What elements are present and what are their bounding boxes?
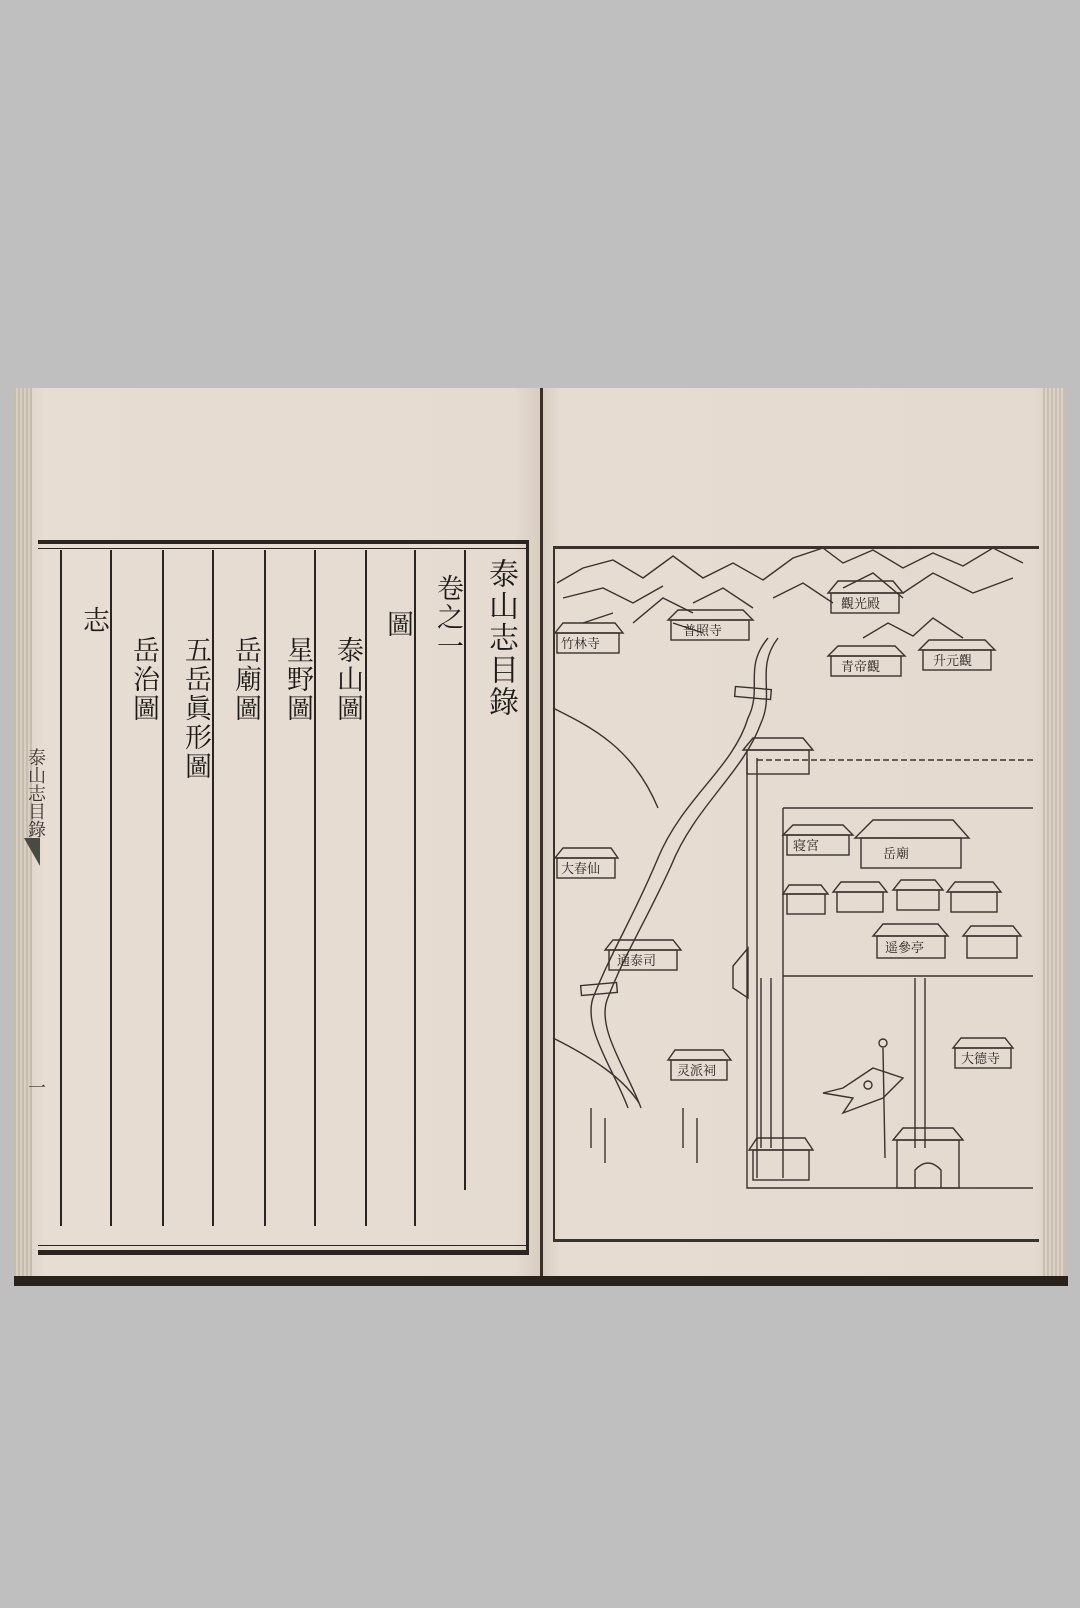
label-dade-temple: 大德寺	[961, 1051, 1000, 1067]
section-label: 圖	[378, 610, 417, 639]
text-frame: 泰山志目錄 卷之一 圖 泰山圖 星野圖 岳廟圖 五岳眞形圖 岳治圖 志	[38, 540, 529, 1255]
book-bottom-shadow	[14, 1276, 1068, 1286]
column-rule	[110, 550, 112, 1226]
label-puzhao-temple: 普照寺	[683, 623, 722, 639]
toc-title: 泰山志目錄	[478, 558, 522, 718]
label-shengyuan-temple: 升元觀	[933, 653, 972, 669]
label-qingdi-temple: 青帝觀	[841, 659, 880, 675]
toc-item: 岳治圖	[124, 636, 163, 723]
column-rule	[60, 550, 62, 1226]
column-rule	[414, 550, 416, 1226]
toc-item: 泰山圖	[328, 636, 367, 723]
label-guanguang-hall: 觀光殿	[841, 596, 880, 612]
mount-tai-map: 竹林寺 普照寺 觀光殿 青帝觀 升元觀 寝宮 岳廟 遥參亭 大春仙 通泰司 灵派…	[543, 388, 1065, 1286]
label-dai-temple: 岳廟	[883, 846, 909, 862]
right-page: 竹林寺 普照寺 觀光殿 青帝觀 升元觀 寝宮 岳廟 遥參亭 大春仙 通泰司 灵派…	[543, 388, 1065, 1286]
frame-inner-bottom	[38, 1245, 526, 1246]
open-book: 泰山志目錄 一 泰山志目錄 卷之一 圖 泰山圖 星野圖 岳廟圖 五岳眞形圖 岳治…	[14, 388, 1072, 1286]
label-building: 通泰司	[617, 953, 656, 969]
toc-item: 岳廟圖	[226, 636, 265, 723]
frame-inner-top	[38, 548, 526, 549]
label-lingpai-shrine: 灵派祠	[677, 1064, 716, 1079]
label-rear-palace: 寝宮	[793, 838, 819, 854]
left-page: 泰山志目錄 一 泰山志目錄 卷之一 圖 泰山圖 星野圖 岳廟圖 五岳眞形圖 岳治…	[14, 388, 540, 1286]
label-building: 大春仙	[561, 861, 600, 877]
toc-item: 五岳眞形圖	[176, 636, 215, 781]
volume-label: 卷之一	[428, 574, 467, 661]
next-section-label: 志	[74, 606, 113, 635]
label-zhulin-temple: 竹林寺	[561, 636, 600, 652]
label-yaocan-pavilion: 遥參亭	[885, 940, 924, 956]
toc-item: 星野圖	[278, 636, 317, 723]
